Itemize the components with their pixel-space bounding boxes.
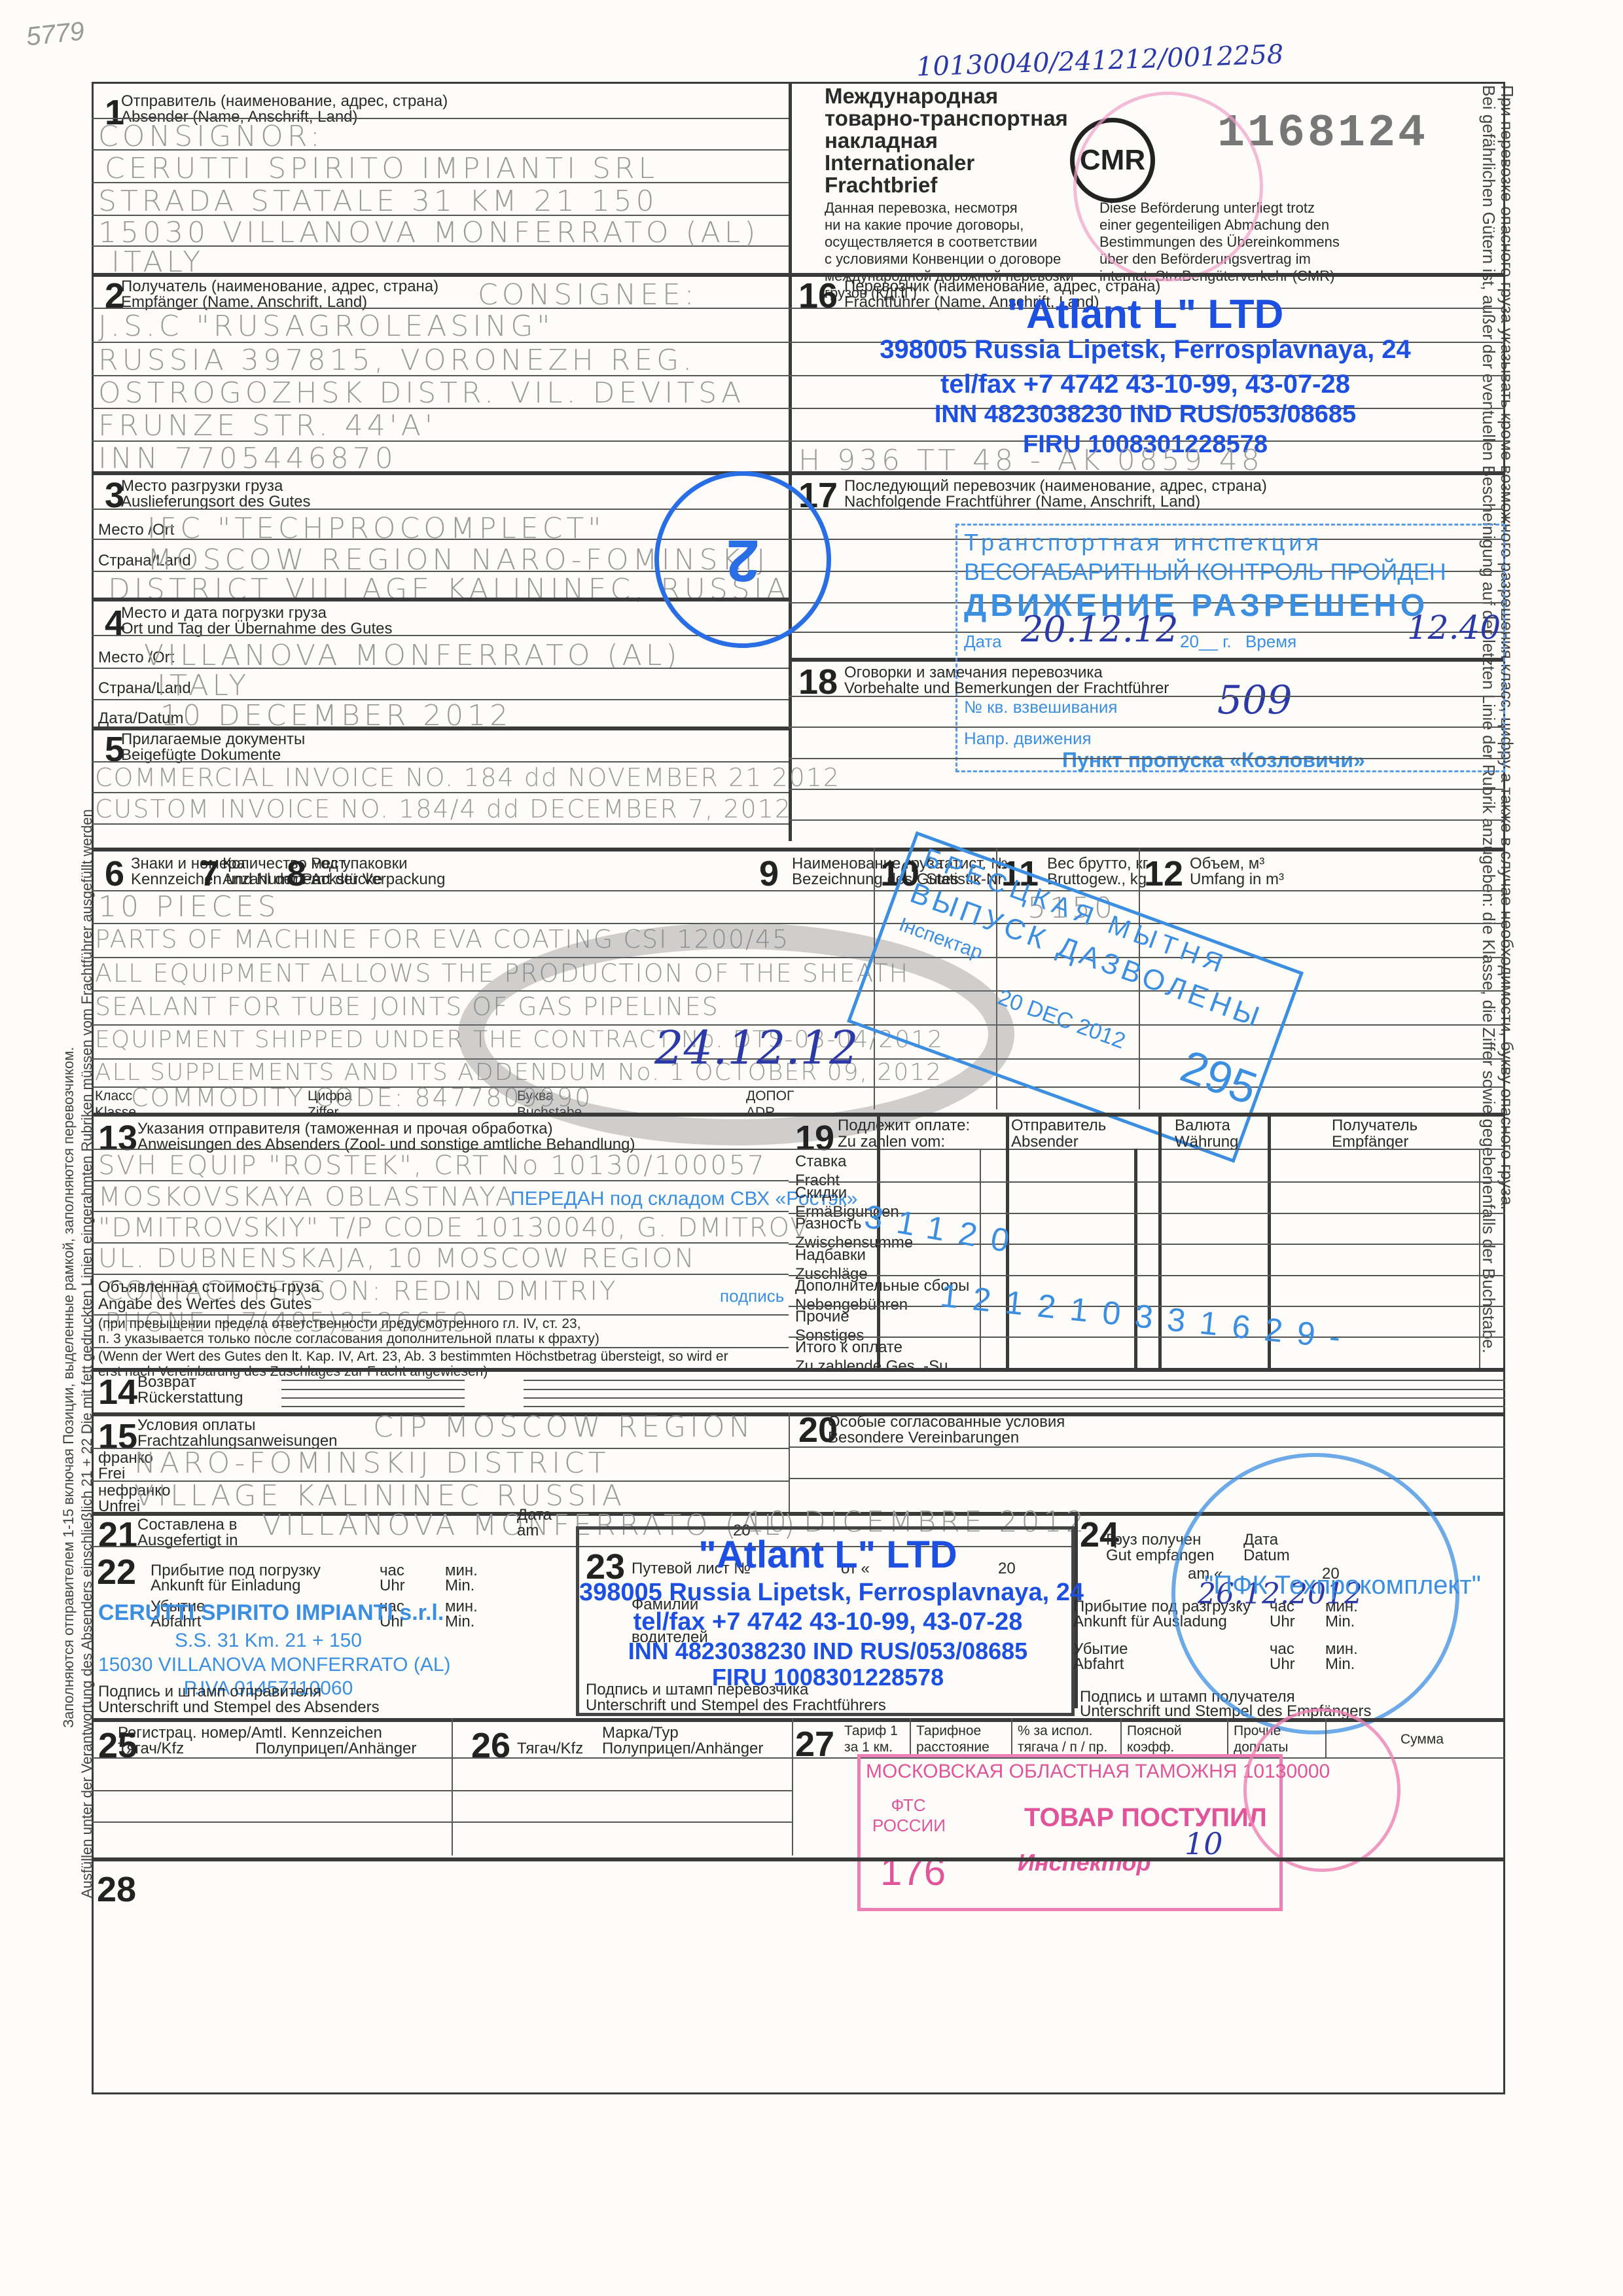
box-3-place-value: IFC "TECHPROCOMPLECT" [147, 512, 605, 545]
box-16-stamp-line-2: 398005 Russia Lipetsk, Ferrosplavnaya, 2… [851, 335, 1440, 365]
box-14-label-de: Rückerstattung [137, 1388, 243, 1407]
box-22-stamp-line-3: 15030 VILLANOVA MONFERRATO (AL) [98, 1654, 438, 1676]
inspection-weighing-value: 509 [1217, 677, 1293, 723]
inspection-stamp-line-1: Транспортная инспекция [964, 529, 1323, 556]
box-27-col-3: % за испол. тягача / п / пр. [1018, 1723, 1107, 1755]
box-5-line-2: CUSTOM INVOICE NO. 184/4 dd DECEMBER 7, … [95, 795, 792, 823]
box-13-line-2: MOSKOVSKAYA OBLASTNAYA [98, 1182, 515, 1212]
box-16-stamp-line-3: tel/fax +7 4742 43-10-99, 43-07-28 [851, 370, 1440, 399]
box-8-label-de: Art der Verpackung [311, 870, 445, 889]
pink-1-inspector: Инспектор [1018, 1849, 1150, 1876]
box-1-line-3: STRADA STATALE 31 KM 21 150 [98, 185, 658, 218]
inspection-stamp-date-label: Дата [964, 632, 1002, 652]
box-27-col-6: Сумма [1400, 1731, 1444, 1748]
box-28-number: 28 [97, 1872, 136, 1907]
side-text-left-1: Заполняются отправителем 1-15 включая По… [60, 1047, 77, 1729]
box-4-country-value: ITALY [157, 669, 250, 702]
inspection-date-value: 20.12.12 [1021, 609, 1178, 650]
box-13-line-4: UL. DUBNENSKAJA, 10 MOSCOW REGION [98, 1244, 696, 1274]
box-1-line-4: 15030 VILLANOVA MONFERRATO (AL) [98, 216, 759, 249]
note-ru-1: Данная перевозка, несмотря [825, 200, 1074, 217]
box-23-stamp-line-1: "Atlant L" LTD [579, 1533, 1077, 1577]
box-1-line-1: CONSIGNOR: [98, 120, 324, 153]
box-15-unfranco-value: VILLAGE KALININEC RUSSIA [134, 1479, 626, 1513]
box-22-min-de: Min. [445, 1576, 474, 1595]
box-12-label-de: Umfang in m³ [1190, 870, 1284, 889]
box-23-carrier-signature: 23 Путевой лист № от « 20 Фамилии водите… [576, 1526, 1075, 1716]
box-22-stamp-line-1: CERUTTI SPIRITO IMPIANTI s.r.l. [98, 1600, 438, 1626]
top-left-note: 5779 [25, 16, 86, 52]
title-ru-1: Международная [825, 85, 1068, 107]
box-13-line-3: "DMITROVSKIY" T/P CODE 10130040, G. DMIT… [98, 1213, 810, 1243]
customs-blue-number: 295 [1174, 1039, 1264, 1115]
pink-round-stamp-176 [1243, 1708, 1400, 1872]
box-22-arrival-de: Ankunft für Einladung [151, 1576, 301, 1595]
box-26-tractor: Тягач/Kfz [517, 1739, 583, 1758]
note-ru-4: с условиями Конвенции о договоре [825, 251, 1074, 268]
box-23-stamp-line-4: INN 4823038230 IND RUS/053/08685 [579, 1638, 1077, 1665]
pink-1-fts: ФТС РОССИИ [872, 1795, 944, 1836]
inspection-stamp-post: Пункт пропуска «Козловичи» [1062, 748, 1365, 772]
box-27-col-4: Поясной коэфф. [1127, 1723, 1182, 1755]
inspection-time-value: 12.40 [1407, 609, 1501, 647]
box-2-line-2: RUSSIA 397815, VORONEZH REG. [98, 344, 696, 377]
box-19-number: 19 [795, 1121, 834, 1156]
row-supplements-ru: Надбавки [795, 1246, 868, 1265]
box-25-tractor: Тягач/Kfz [118, 1739, 184, 1758]
pink-1-time: 10 [1185, 1826, 1223, 1861]
box-14-number: 14 [98, 1374, 137, 1410]
box-1-line-2: CERUTTI SPIRITO IMPIANTI SRL [105, 152, 658, 185]
box-18-label-de: Vorbehalte und Bemerkungen der Frachtfüh… [844, 679, 1169, 698]
inspection-stamp-direction-label: Напр. движения [964, 728, 1092, 749]
box-2-header-note: CONSIGNEE: [478, 278, 698, 312]
box-27-number: 27 [795, 1727, 834, 1762]
box-12-number: 12 [1144, 856, 1183, 891]
box-2-line-3: OSTROGOZHSK DISTR. VIL. DEVITSA [98, 376, 745, 410]
box-23-stamp-line-2: 398005 Russia Lipetsk, Ferrosplavnaya, 2… [579, 1579, 1077, 1607]
box-5-line-1: COMMERCIAL INVOICE NO. 184 dd NOVEMBER 2… [95, 763, 840, 792]
warehouse-stamp-sign: подпись [720, 1286, 784, 1306]
blr-round-stamp-center: 2 [726, 526, 759, 594]
box-13-note-ru-1: (при превышении предела ответственности … [98, 1316, 581, 1332]
box-13-value-de: Angabe des Wertes des Gutes [98, 1295, 312, 1314]
box-2-line-1: J.S.C "RUSAGROLEASING" [98, 310, 554, 343]
goods-line-1: 10 PIECES [98, 890, 280, 924]
box-22-stamp-line-2: S.S. 31 Km. 21 + 150 [98, 1630, 438, 1652]
box-9-number: 9 [759, 856, 779, 891]
row-total-ru: Итого к оплате [795, 1338, 952, 1357]
box-13-line-1: SVH EQUIP "ROSTEK", CRT No 10130/100057 [98, 1151, 766, 1181]
box-16-stamp-line-1: "Atlant L" LTD [916, 291, 1374, 338]
box-23-stamp-line-3: tel/fax +7 4742 43-10-99, 43-07-28 [579, 1608, 1077, 1636]
pink-round-stamp-header [1073, 92, 1263, 281]
title-ru-3: накладная [825, 130, 1068, 152]
row-freight-ru: Ставка [795, 1152, 847, 1171]
box-23-sign-de: Unterschrift und Stempel des Frachtführe… [586, 1696, 886, 1715]
pink-1-number: 176 [880, 1849, 946, 1894]
box-22-min2-de: Min. [445, 1612, 474, 1631]
box-8-number: 8 [287, 856, 306, 891]
box-22-hour-de: Uhr [380, 1576, 405, 1595]
note-ru-2: ни на какие прочие договоры, [825, 217, 1074, 234]
box-2-line-5: INN 7705446870 [98, 442, 397, 475]
inspection-stamp-weighing-label: № кв. взвешивания [964, 697, 1118, 717]
box-13-note-de-1: (Wenn der Wert des Gutes den lt. Kap. IV… [98, 1348, 728, 1365]
box-13-note-ru-2: п. 3 указывается только после согласован… [98, 1331, 599, 1347]
box-22-sign-de: Unterschrift und Stempel des Absenders [98, 1698, 380, 1717]
row-total-de: Zu zahlende Ges. -Su. [795, 1357, 952, 1376]
blr-round-stamp: 2 [654, 471, 831, 648]
box-22-number: 22 [97, 1554, 136, 1590]
consignee-stamp-name: "ПФК Техпрокомплект" [1204, 1571, 1440, 1600]
customs-blue-date: 20 DEC 2012 [994, 985, 1128, 1054]
title-de-2: Frachtbrief [825, 174, 1068, 196]
inspection-stamp-year-label: 20__ г. [1180, 632, 1232, 652]
box-20-label-de: Besondere Vereinbarungen [828, 1428, 1019, 1447]
box-27-col-1: Тариф 1 за 1 км. [844, 1723, 898, 1755]
box-2-line-4: FRUNZE STR. 44'A' [98, 409, 437, 442]
box-25-trailer: Полуприцеп/Anhänger [255, 1739, 416, 1758]
box-15-franco-value: NARO-FOMINSKIJ DISTRICT [134, 1446, 610, 1480]
box-13-value-ru: Объявленная стоимость груза [98, 1278, 319, 1297]
box-15-value: CIP MOSCOW REGION [373, 1410, 755, 1444]
inspection-stamp-time-label: Время [1245, 632, 1296, 652]
box-26-trailer: Полуприцеп/Anhänger [602, 1739, 763, 1758]
row-other-ru: Прочие [795, 1307, 864, 1326]
box-27-col-2: Тарифное расстояние [916, 1723, 990, 1755]
box-18-number: 18 [798, 664, 838, 700]
title-de-1: Internationaler [825, 152, 1068, 174]
pink-1-status: ТОВАР ПОСТУПИЛ [1024, 1803, 1267, 1833]
box-24-departure-de: Abfahrt [1073, 1655, 1124, 1674]
box-21-date-de: am [517, 1521, 539, 1540]
title-ru-2: товарно-транспортная [825, 107, 1068, 130]
declaration-number: 10130040/241212/0012258 [916, 39, 1284, 82]
box-16-stamp-line-4: INN 4823038230 IND RUS/053/08685 [851, 401, 1440, 429]
inspection-stamp-line-2: ВЕСОГАБАРИТНЫЙ КОНТРОЛЬ ПРОЙДЕН [964, 558, 1446, 586]
note-ru-3: осуществляется в соответствии [825, 234, 1074, 251]
box-6-number: 6 [105, 856, 124, 891]
box-7-number: 7 [200, 856, 219, 891]
